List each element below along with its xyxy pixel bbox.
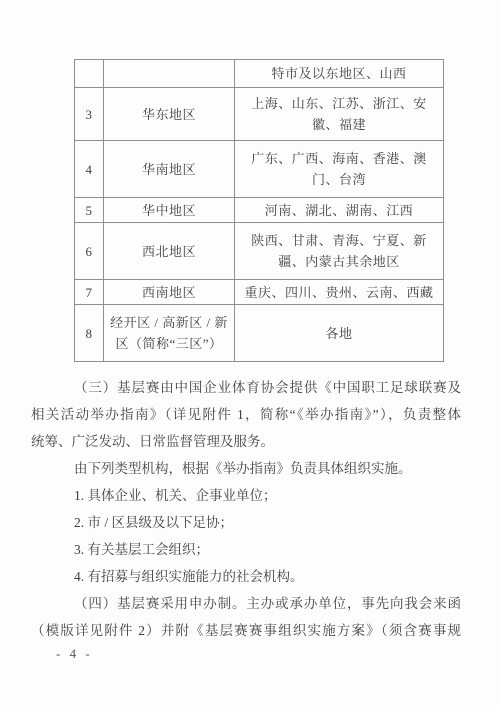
body-line: 2. 市 / 区县级及以下足协； — [31, 509, 461, 536]
body-line: 1. 具体企业、机关、企事业单位； — [31, 482, 461, 509]
row-index-cell: 7 — [75, 280, 104, 305]
table-row: 6 西北地区 陕西、甘肃、青海、宁夏、新疆、内蒙古其余地区 — [75, 223, 444, 280]
row-index-cell: 4 — [75, 141, 104, 198]
region-name-cell: 经开区 / 高新区 / 新区（简称“三区”） — [104, 305, 235, 362]
region-scope-cell: 特市及以东地区、山西 — [235, 60, 444, 88]
region-scope-cell: 陕西、甘肃、青海、宁夏、新疆、内蒙古其余地区 — [235, 223, 444, 280]
body-text: （三）基层赛由中国企业体育协会提供《中国职工足球联赛及 相关活动举办指南》（详见… — [31, 374, 461, 644]
row-index-cell: 8 — [75, 305, 104, 362]
region-name-cell: 华中地区 — [104, 198, 235, 223]
region-name-cell: 华南地区 — [104, 141, 235, 198]
region-scope-cell: 上海、山东、江苏、浙江、安徽、福建 — [235, 88, 444, 141]
table-row: 8 经开区 / 高新区 / 新区（简称“三区”） 各地 — [75, 305, 444, 362]
body-line: 4. 有招募与组织实施能力的社会机构。 — [31, 563, 461, 590]
document-page: 特市及以东地区、山西 3 华东地区 上海、山东、江苏、浙江、安徽、福建 4 华南… — [0, 0, 500, 706]
region-scope-cell: 重庆、四川、贵州、云南、西藏 — [235, 280, 444, 305]
table-row: 特市及以东地区、山西 — [75, 60, 444, 88]
row-index-cell — [75, 60, 104, 88]
body-line: 相关活动举办指南》（详见附件 1，简称“《举办指南》”），负责整体 — [31, 401, 461, 428]
region-name-cell: 西南地区 — [104, 280, 235, 305]
table-row: 4 华南地区 广东、广西、海南、香港、澳门、台湾 — [75, 141, 444, 198]
region-scope-cell: 广东、广西、海南、香港、澳门、台湾 — [235, 141, 444, 198]
page-number: - 4 - — [56, 646, 93, 662]
region-name-cell: 华东地区 — [104, 88, 235, 141]
body-line: 3. 有关基层工会组织； — [31, 536, 461, 563]
body-line: （模版详见附件 2）并附《基层赛赛事组织实施方案》（须含赛事规 — [31, 617, 461, 644]
region-name-cell: 西北地区 — [104, 223, 235, 280]
body-line: 统筹、广泛发动、日常监督管理及服务。 — [31, 428, 461, 455]
body-line: （四）基层赛采用申办制。主办或承办单位，事先向我会来函 — [31, 590, 461, 617]
table-row: 5 华中地区 河南、湖北、湖南、江西 — [75, 198, 444, 223]
row-index-cell: 5 — [75, 198, 104, 223]
body-line: （三）基层赛由中国企业体育协会提供《中国职工足球联赛及 — [31, 374, 461, 401]
body-line: 由下列类型机构，根据《举办指南》负责具体组织实施。 — [31, 455, 461, 482]
region-name-cell — [104, 60, 235, 88]
row-index-cell: 3 — [75, 88, 104, 141]
table-row: 7 西南地区 重庆、四川、贵州、云南、西藏 — [75, 280, 444, 305]
region-scope-cell: 各地 — [235, 305, 444, 362]
region-table: 特市及以东地区、山西 3 华东地区 上海、山东、江苏、浙江、安徽、福建 4 华南… — [74, 59, 444, 362]
table-row: 3 华东地区 上海、山东、江苏、浙江、安徽、福建 — [75, 88, 444, 141]
row-index-cell: 6 — [75, 223, 104, 280]
region-scope-cell: 河南、湖北、湖南、江西 — [235, 198, 444, 223]
